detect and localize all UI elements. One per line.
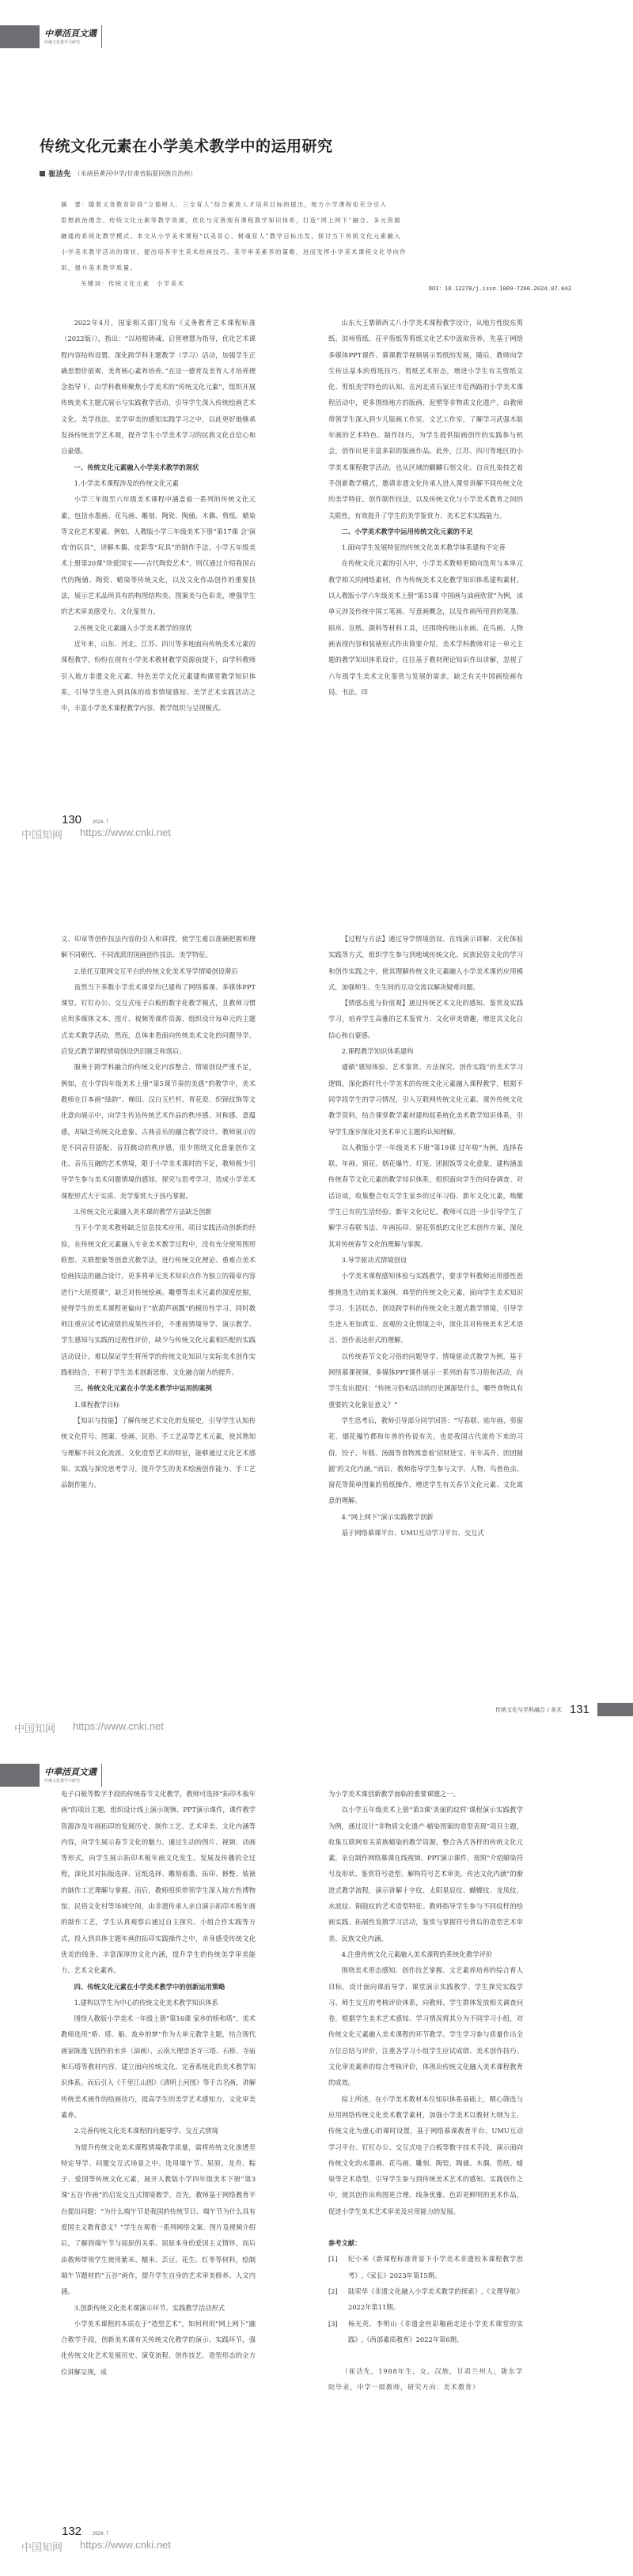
paragraph: 【情感态度与价值观】通过传统艺术文化的感知、鉴赏及实践学习，培养学生高雅的艺术鉴…: [328, 995, 523, 1043]
subsection-heading: 2.课程教学知识体系建构: [328, 1043, 523, 1059]
keywords-value: 传统文化元素 小学美术: [108, 280, 184, 287]
cnki-watermark: 中国知网 https://www.cnki.net: [14, 1720, 164, 1735]
column-right: 山东大王寨镇西丈八小学美术课程教学设计，从地方性胶东剪纸、滨州剪纸、茌平剪纸等剪…: [328, 315, 523, 700]
page-number: 131: [570, 1703, 589, 1716]
doi: DOI：10.12278/j.issn.1009-7260.2024.07.04…: [429, 285, 571, 293]
author-line: 崔洁先 （永靖县黄河中学/甘肃省临夏回族自治州）: [40, 168, 196, 179]
paragraph: 以人教版小学一年级美术下册“第19课 过年啦”为例，选择春联、年画、窗花、烟花爆…: [328, 1140, 523, 1252]
paragraph: 遵循“感知体验、艺术鉴赏、方法探究、创作实践”的美术学习逻辑，深化新时代小学美术…: [328, 1059, 523, 1139]
abstract-line: 小学美术教学活动的现状，提出培养学生美术绘画技巧、美学审美素养的策略，进而发挥小…: [61, 248, 572, 256]
reference-item: [1] 纪小米《新课程标准背景下小学美术非遗校本课程教学思考》,《家长》2023…: [328, 2251, 523, 2283]
subsection-heading: 1.建构以学生为中心的传统文化美术教学知识体系: [61, 1995, 256, 2010]
page-number: 132: [62, 2525, 81, 2538]
page-footer: 传统文化与学科融合 / 美术 131: [495, 1703, 633, 1716]
subsection-heading: 4.注重传统文化元素融入美术课程的系统化教学评价: [328, 1946, 523, 1962]
journal-masthead: 中華活頁文選 传统文化教学与研究: [0, 25, 102, 48]
paragraph: 当下小学美术教师缺乏信息技术应用、项目实践活动创新的经验，在传统文化元素融入专业…: [61, 1220, 256, 1380]
subsection-heading: 2.依托互联网交互平台的传统文化美术导学情境创设滞后: [61, 963, 256, 979]
journal-logo: 中華活頁文選: [44, 28, 97, 40]
paragraph: 学生思考后，教师引导部分同学回答：“写春联、贴年画、剪窗花、烟花爆竹都和年兽的传…: [328, 1413, 523, 1509]
author-bio: （崔洁先，1988年生，女，汉族，甘肃兰州人，陇东学院毕业，中学一级教师，研究方…: [328, 2363, 523, 2396]
paragraph: 【过程与方法】通过导学情境创设、在线演示讲解、文化体验实践等方式，组织学生参与到…: [328, 931, 523, 995]
paragraph: 虽然当下多数小学美术课堂均已建构了网络慕课、多媒体PPT课堂、钉钉办公、交互式电…: [61, 979, 256, 1059]
subsection-heading: 3.传统文化元素融入美术课的教学方法缺乏创新: [61, 1204, 256, 1220]
issue-date: 2024. 7: [93, 820, 108, 825]
column-right: 为小学美术课创新教学面临的重要课题之一。 以小学五年级美术上册“第3课‘美丽的纹…: [328, 1786, 523, 2396]
watermark-site: 中国知网: [14, 1720, 55, 1735]
watermark-url[interactable]: https://www.cnki.net: [73, 1720, 164, 1735]
paragraph: 小学美术课程感知体验与实践教学，要求学科教师运用感性思维挑选生动的美术案例、典型…: [328, 1268, 523, 1348]
cnki-watermark: 中国知网 https://www.cnki.net: [21, 827, 171, 842]
abstract-line: 用，提升美术教学质量。: [61, 263, 572, 272]
column-left: 2022年4月，国家相关部门发布《义务教育艺术课程标准（2022版）》，指出：“…: [61, 315, 256, 716]
section-heading: 四、传统文化元素在小学美术教学中的创新运用策略: [61, 1979, 256, 1995]
abstract-line: 摘 要：随着义务教育阶段“立德树人、三全育人”综合素质人才培养目标的提出，地方小…: [61, 200, 572, 209]
masthead-bar: [0, 1764, 40, 1787]
reference-item: [3] 杨光英、李明山《非遗金丝彩釉画走进小学美术课堂的实践》,《西部素质教育》…: [328, 2316, 523, 2348]
author-name: 崔洁先: [48, 168, 71, 179]
journal-masthead: 中華活頁文選 传统文化教学与研究: [0, 1764, 102, 1787]
page-132: 中華活頁文選 传统文化教学与研究 电子白板等数字手段的传统春节文化教学，教师可选…: [0, 1764, 633, 2576]
keywords-label: 关键词：: [81, 280, 108, 287]
page-130: 中華活頁文選 传统文化教学与研究 传统文化元素在小学美术教学中的运用研究 崔洁先…: [0, 0, 633, 858]
reference-text: 陆荣华《非遗文化融入小学美术教学的探索》,《文理导航》2022年第11期。: [348, 2283, 523, 2316]
author-bullet-icon: [40, 171, 45, 176]
page-131: 文、印章等创作技法内容的引入和讲授，使学生难以准确把握和理解不同朝代、不同流派的…: [0, 858, 633, 1764]
paragraph: 小学三年级至六年级美术课程中涵盖着一系列的传统文化元素，包括水墨画、花鸟画、雕刻…: [61, 491, 256, 619]
paragraph: 以传统春节文化习俗的问题导学、情境驱动式教学为例，基于网络慕课视频、多媒体PPT…: [328, 1349, 523, 1413]
section-heading: 二、小学美术教学中运用传统文化元素的不足: [328, 524, 523, 539]
subsection-heading: 2.完善传统文化美术课程的问题导学、交互式情境: [61, 2123, 256, 2139]
footer-bar: [597, 1703, 633, 1716]
journal-logo: 中華活頁文選: [44, 1767, 97, 1778]
section-heading: 一、传统文化元素融入小学美术教学的现状: [61, 460, 256, 475]
page-footer: 132 2024. 7: [62, 2525, 108, 2538]
column-left: 电子白板等数字手段的传统春节文化教学，教师可选择“拓印木板年画”的项目主题，组织…: [61, 1786, 256, 2380]
reference-index: [3]: [328, 2316, 348, 2348]
reference-item: [2] 陆荣华《非遗文化融入小学美术教学的探索》,《文理导航》2022年第11期…: [328, 2283, 523, 2316]
paragraph: 在传统文化元素的引入中，小学美术教师更倾向选用与本单元教学相关的网络素材，作为传…: [328, 555, 523, 700]
paragraph: 2022年4月，国家相关部门发布《义务教育艺术课程标准（2022版）》，指出：“…: [61, 315, 256, 460]
paragraph: 服务于跨学科融合的传统文化内容整合、情境创设严重不足，例如，在小学四年级美术上册…: [61, 1059, 256, 1204]
paragraph: 小学美术课程的本质在于“造型艺术”，如何利用“网上网下”融合教学手段，创新美术课…: [61, 2316, 256, 2380]
paragraph: 电子白板等数字手段的传统春节文化教学，教师可选择“拓印木板年画”的项目主题，组织…: [61, 1786, 256, 1979]
subsection-heading: 1.课程教学目标: [61, 1397, 256, 1413]
journal-subtitle: 传统文化教学与研究: [44, 40, 97, 46]
subsection-heading: 4.“网上网下”演示实践教学创新: [328, 1509, 523, 1525]
watermark-url[interactable]: https://www.cnki.net: [80, 2539, 171, 2554]
subsection-heading: 3.创新传统文化美术课演示环节、实践教学活动形式: [61, 2300, 256, 2316]
cnki-watermark: 中国知网 https://www.cnki.net: [21, 2539, 171, 2554]
reference-index: [1]: [328, 2251, 348, 2283]
abstract-line: 融通的系统化教学模式。本文从小学美术课程“以美育心、树魂育人”教学目标出发，探讨…: [61, 232, 572, 240]
reference-index: [2]: [328, 2283, 348, 2316]
journal-subtitle: 传统文化教学与研究: [44, 1778, 97, 1784]
page-footer: 130 2024. 7: [62, 813, 108, 827]
paragraph: 近年来，山东、河北、江苏、四川等多地面向传统美术元素的课程教学，纷纷在现有小学美…: [61, 636, 256, 716]
subsection-heading: 2.传统文化元素融入小学美术教学的现状: [61, 620, 256, 636]
reference-text: 杨光英、李明山《非遗金丝彩釉画走进小学美术课堂的实践》,《西部素质教育》2022…: [348, 2316, 523, 2348]
paragraph: 为提升传统文化美术课程情境教学质量，需将传统文化渗透至特定导学、问题交互式场景之…: [61, 2139, 256, 2300]
article-title: 传统文化元素在小学美术教学中的运用研究: [40, 134, 333, 156]
column-left: 文、印章等创作技法内容的引入和讲授，使学生难以准确把握和理解不同朝代、不同流派的…: [61, 931, 256, 1492]
references-title: 参考文献：: [328, 2235, 523, 2251]
column-right: 【过程与方法】通过导学情境创设、在线演示讲解、文化体验实践等方式，组织学生参与到…: [328, 931, 523, 1541]
paragraph: 为小学美术课创新教学面临的重要课题之一。: [328, 1786, 523, 1802]
paragraph: 【知识与技能】了解传统艺术文化的发展史，引导学生认知传统文化符号、图案、绘画、民…: [61, 1413, 256, 1492]
reference-text: 纪小米《新课程标准背景下小学美术非遗校本课程教学思考》,《家长》2023年第15…: [348, 2251, 523, 2283]
abstract-line: 思想政治理念、传统文化元素等教学资源，优化与完善现有课程教学知识体系，打造“网上…: [61, 216, 572, 225]
paragraph: 文、印章等创作技法内容的引入和讲授，使学生难以准确把握和理解不同朝代、不同流派的…: [61, 931, 256, 963]
paragraph: 综上所述，在小学美术教材本位知识体系基础上，精心筛选与应用网络传统文化美术教学素…: [328, 2091, 523, 2219]
subsection-heading: 3.导学驱动式情境创设: [328, 1252, 523, 1268]
section-heading: 三、传统文化元素在小学美术教学中运用的案例: [61, 1380, 256, 1396]
paragraph: 围绕美术形态感知、创作技艺掌握、文艺素养培养的综合育人目标，设计面向课前导学、课…: [328, 1962, 523, 2090]
paragraph: 围绕人教版小学美术一年级上册“第16课 家乡的桥和塔”，美术教师选用“桥、塔、船…: [61, 2010, 256, 2123]
issue-date: 2024. 7: [93, 2532, 108, 2536]
watermark-site: 中国知网: [21, 827, 63, 842]
watermark-url[interactable]: https://www.cnki.net: [80, 827, 171, 842]
subsection-heading: 1.小学美术课程涉及的传统文化元素: [61, 475, 256, 491]
section-label: 传统文化与学科融合 / 美术: [495, 1706, 562, 1714]
watermark-site: 中国知网: [21, 2539, 63, 2554]
masthead-bar: [0, 25, 40, 48]
paragraph: 基于网络慕课平台、UMU互动学习平台、交互式: [328, 1525, 523, 1541]
paragraph: 以小学五年级美术上册“第3课‘美丽的纹样’课程演示实践教学为例，通过设计“非物质…: [328, 1802, 523, 1946]
author-affiliation: （永靖县黄河中学/甘肃省临夏回族自治州）: [74, 169, 197, 178]
subsection-heading: 1.面向学生发展特征的传统文化美术教学体系建构不完善: [328, 539, 523, 555]
page-number: 130: [62, 813, 81, 827]
paragraph: 山东大王寨镇西丈八小学美术课程教学设计，从地方性胶东剪纸、滨州剪纸、茌平剪纸等剪…: [328, 315, 523, 524]
